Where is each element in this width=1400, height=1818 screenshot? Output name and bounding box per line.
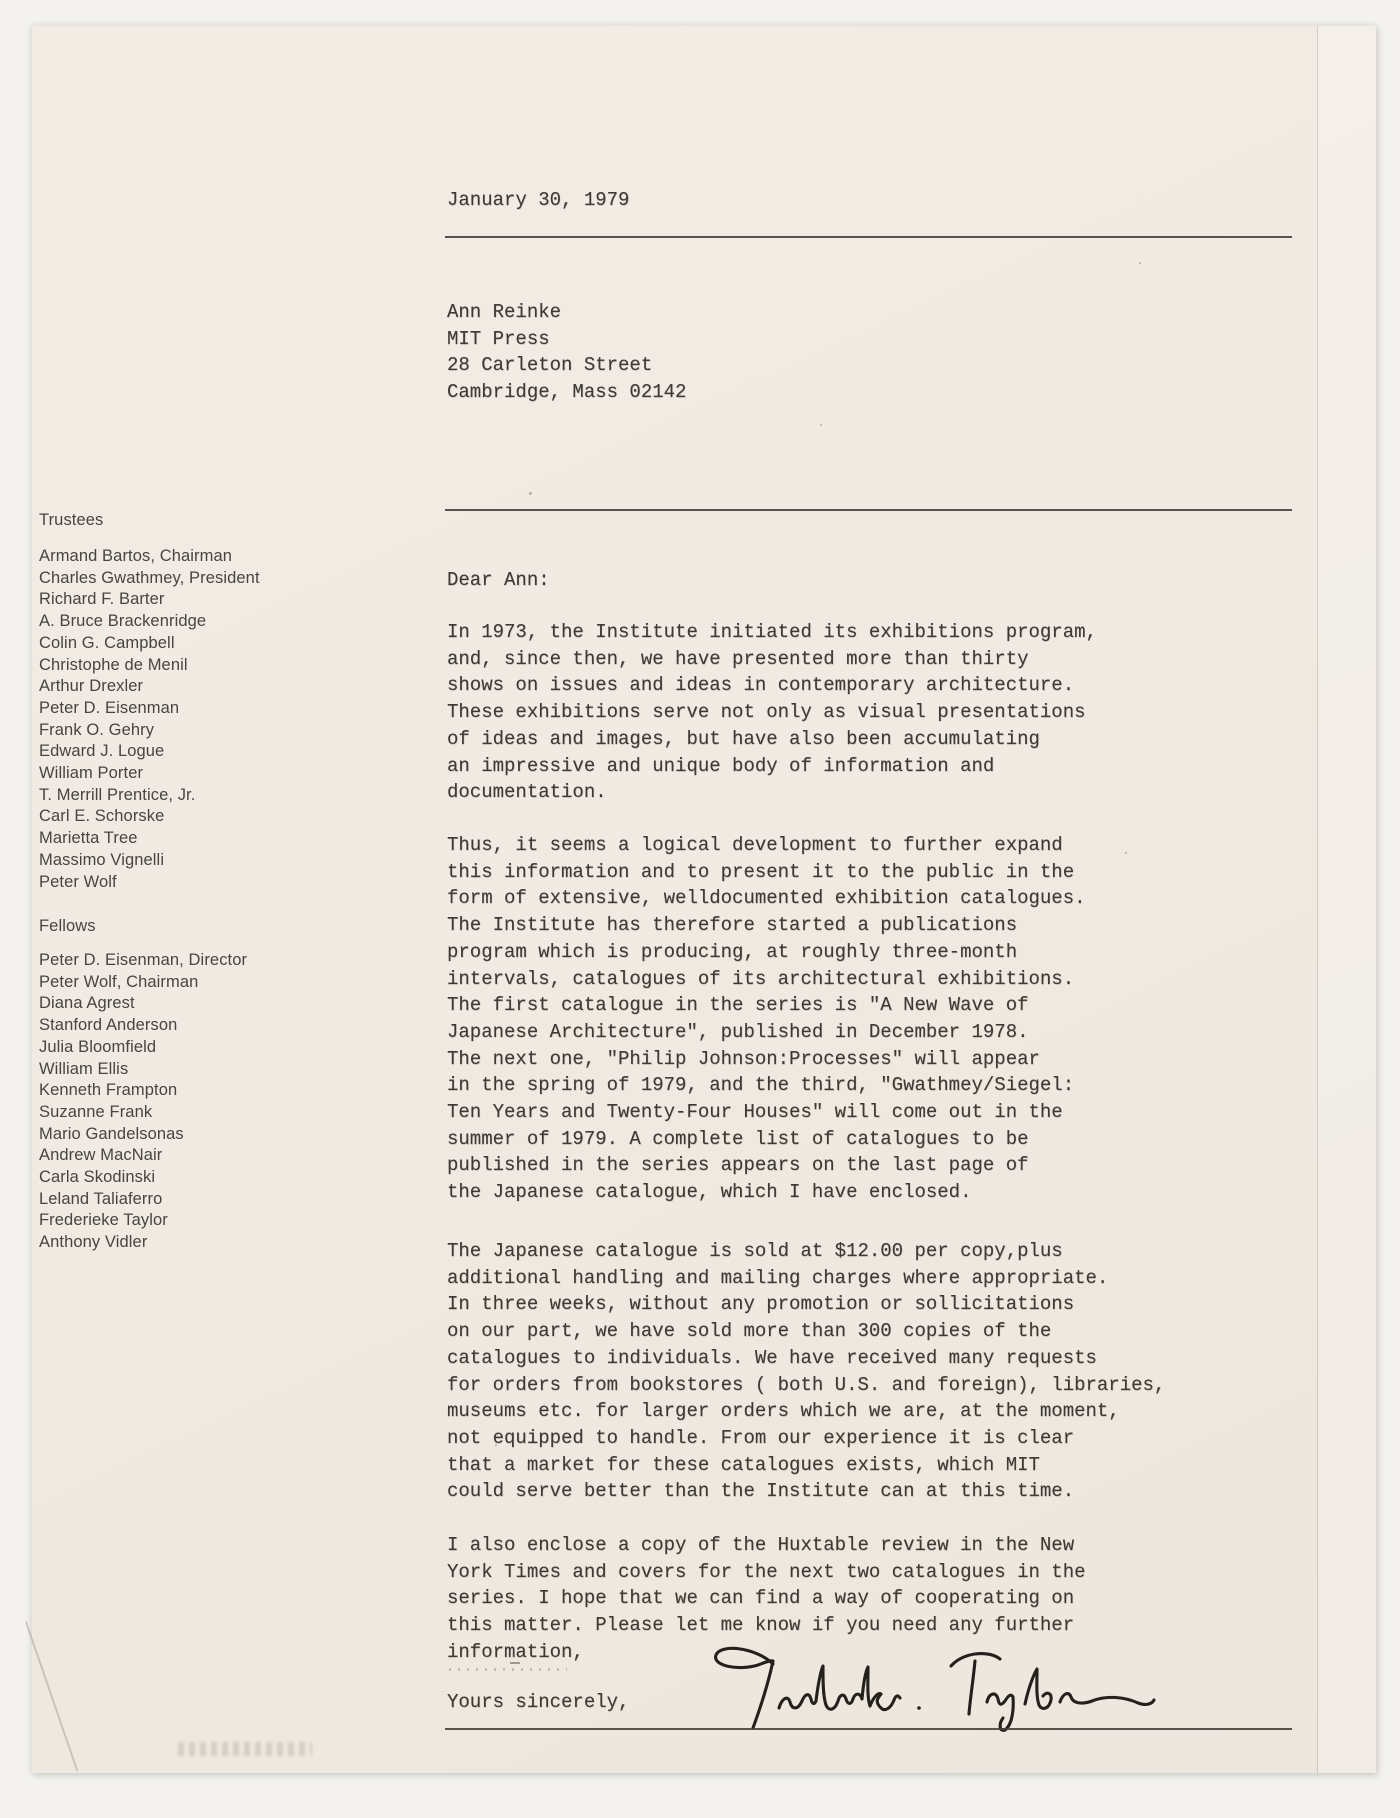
fellow-name: Diana Agrest xyxy=(39,993,247,1015)
fellow-name: Carla Skodinski xyxy=(39,1167,247,1189)
trustee-name: Marietta Tree xyxy=(39,828,260,850)
ghost-print-artifact xyxy=(178,1742,312,1756)
trustee-name: William Porter xyxy=(39,763,260,785)
trustee-name: Colin G. Campbell xyxy=(39,633,260,655)
trustees-list: Armand Bartos, ChairmanCharles Gwathmey,… xyxy=(39,546,260,893)
trustee-name: Charles Gwathmey, President xyxy=(39,568,260,590)
letterhead-rule-middle xyxy=(445,509,1292,511)
fellow-name: Julia Bloomfield xyxy=(39,1037,247,1059)
trustee-name: A. Bruce Brackenridge xyxy=(39,611,260,633)
fellows-list: Peter D. Eisenman, DirectorPeter Wolf, C… xyxy=(39,950,247,1254)
fellow-name: Peter Wolf, Chairman xyxy=(39,972,247,994)
letterhead-rule-top xyxy=(445,236,1292,238)
body-paragraph-3: The Japanese catalogue is sold at $12.00… xyxy=(447,1238,1165,1505)
paper-speck xyxy=(529,492,532,495)
fellow-name: William Ellis xyxy=(39,1059,247,1081)
fellow-name: Andrew MacNair xyxy=(39,1145,247,1167)
paper-edge-strip xyxy=(1318,26,1376,1773)
trustee-name: Massimo Vignelli xyxy=(39,850,260,872)
paper-corner-crease xyxy=(25,1621,78,1771)
paper-speck xyxy=(820,424,822,426)
scanned-letter-page: Trustees Armand Bartos, ChairmanCharles … xyxy=(0,0,1400,1818)
trustee-name: Armand Bartos, Chairman xyxy=(39,546,260,568)
typed-dash-artifact xyxy=(510,1662,520,1664)
paper-speck xyxy=(1125,852,1127,854)
fellow-name: Mario Gandelsonas xyxy=(39,1124,247,1146)
letter-date: January 30, 1979 xyxy=(447,187,629,214)
handwritten-signature-frederieke-taylor xyxy=(695,1638,1175,1742)
signature-strokes xyxy=(695,1638,1175,1742)
letter-paper: Trustees Armand Bartos, ChairmanCharles … xyxy=(32,26,1376,1773)
trustee-name: Edward J. Logue xyxy=(39,741,260,763)
typed-dots-artifact xyxy=(449,1668,567,1671)
paper-speck xyxy=(495,1444,497,1446)
fellows-heading: Fellows xyxy=(39,916,96,938)
fellow-name: Stanford Anderson xyxy=(39,1015,247,1037)
trustee-name: Peter Wolf xyxy=(39,872,260,894)
trustee-name: T. Merrill Prentice, Jr. xyxy=(39,785,260,807)
fellow-name: Kenneth Frampton xyxy=(39,1080,247,1102)
salutation: Dear Ann: xyxy=(447,567,550,594)
fellow-name: Suzanne Frank xyxy=(39,1102,247,1124)
trustee-name: Frank O. Gehry xyxy=(39,720,260,742)
body-paragraph-2: Thus, it seems a logical development to … xyxy=(447,832,1086,1206)
trustee-name: Peter D. Eisenman xyxy=(39,698,260,720)
fellow-name: Peter D. Eisenman, Director xyxy=(39,950,247,972)
closing: Yours sincerely, xyxy=(447,1689,629,1716)
body-paragraph-1: In 1973, the Institute initiated its exh… xyxy=(447,619,1097,806)
trustee-name: Carl E. Schorske xyxy=(39,806,260,828)
paper-speck xyxy=(1139,262,1141,264)
trustee-name: Christophe de Menil xyxy=(39,655,260,677)
letterhead-rule-bottom xyxy=(445,1728,1292,1730)
recipient-address: Ann Reinke MIT Press 28 Carleton Street … xyxy=(447,299,686,406)
trustee-name: Arthur Drexler xyxy=(39,676,260,698)
fellow-name: Frederieke Taylor xyxy=(39,1210,247,1232)
fellow-name: Anthony Vidler xyxy=(39,1232,247,1254)
trustee-name: Richard F. Barter xyxy=(39,589,260,611)
fellow-name: Leland Taliaferro xyxy=(39,1189,247,1211)
trustees-heading: Trustees xyxy=(39,510,103,532)
